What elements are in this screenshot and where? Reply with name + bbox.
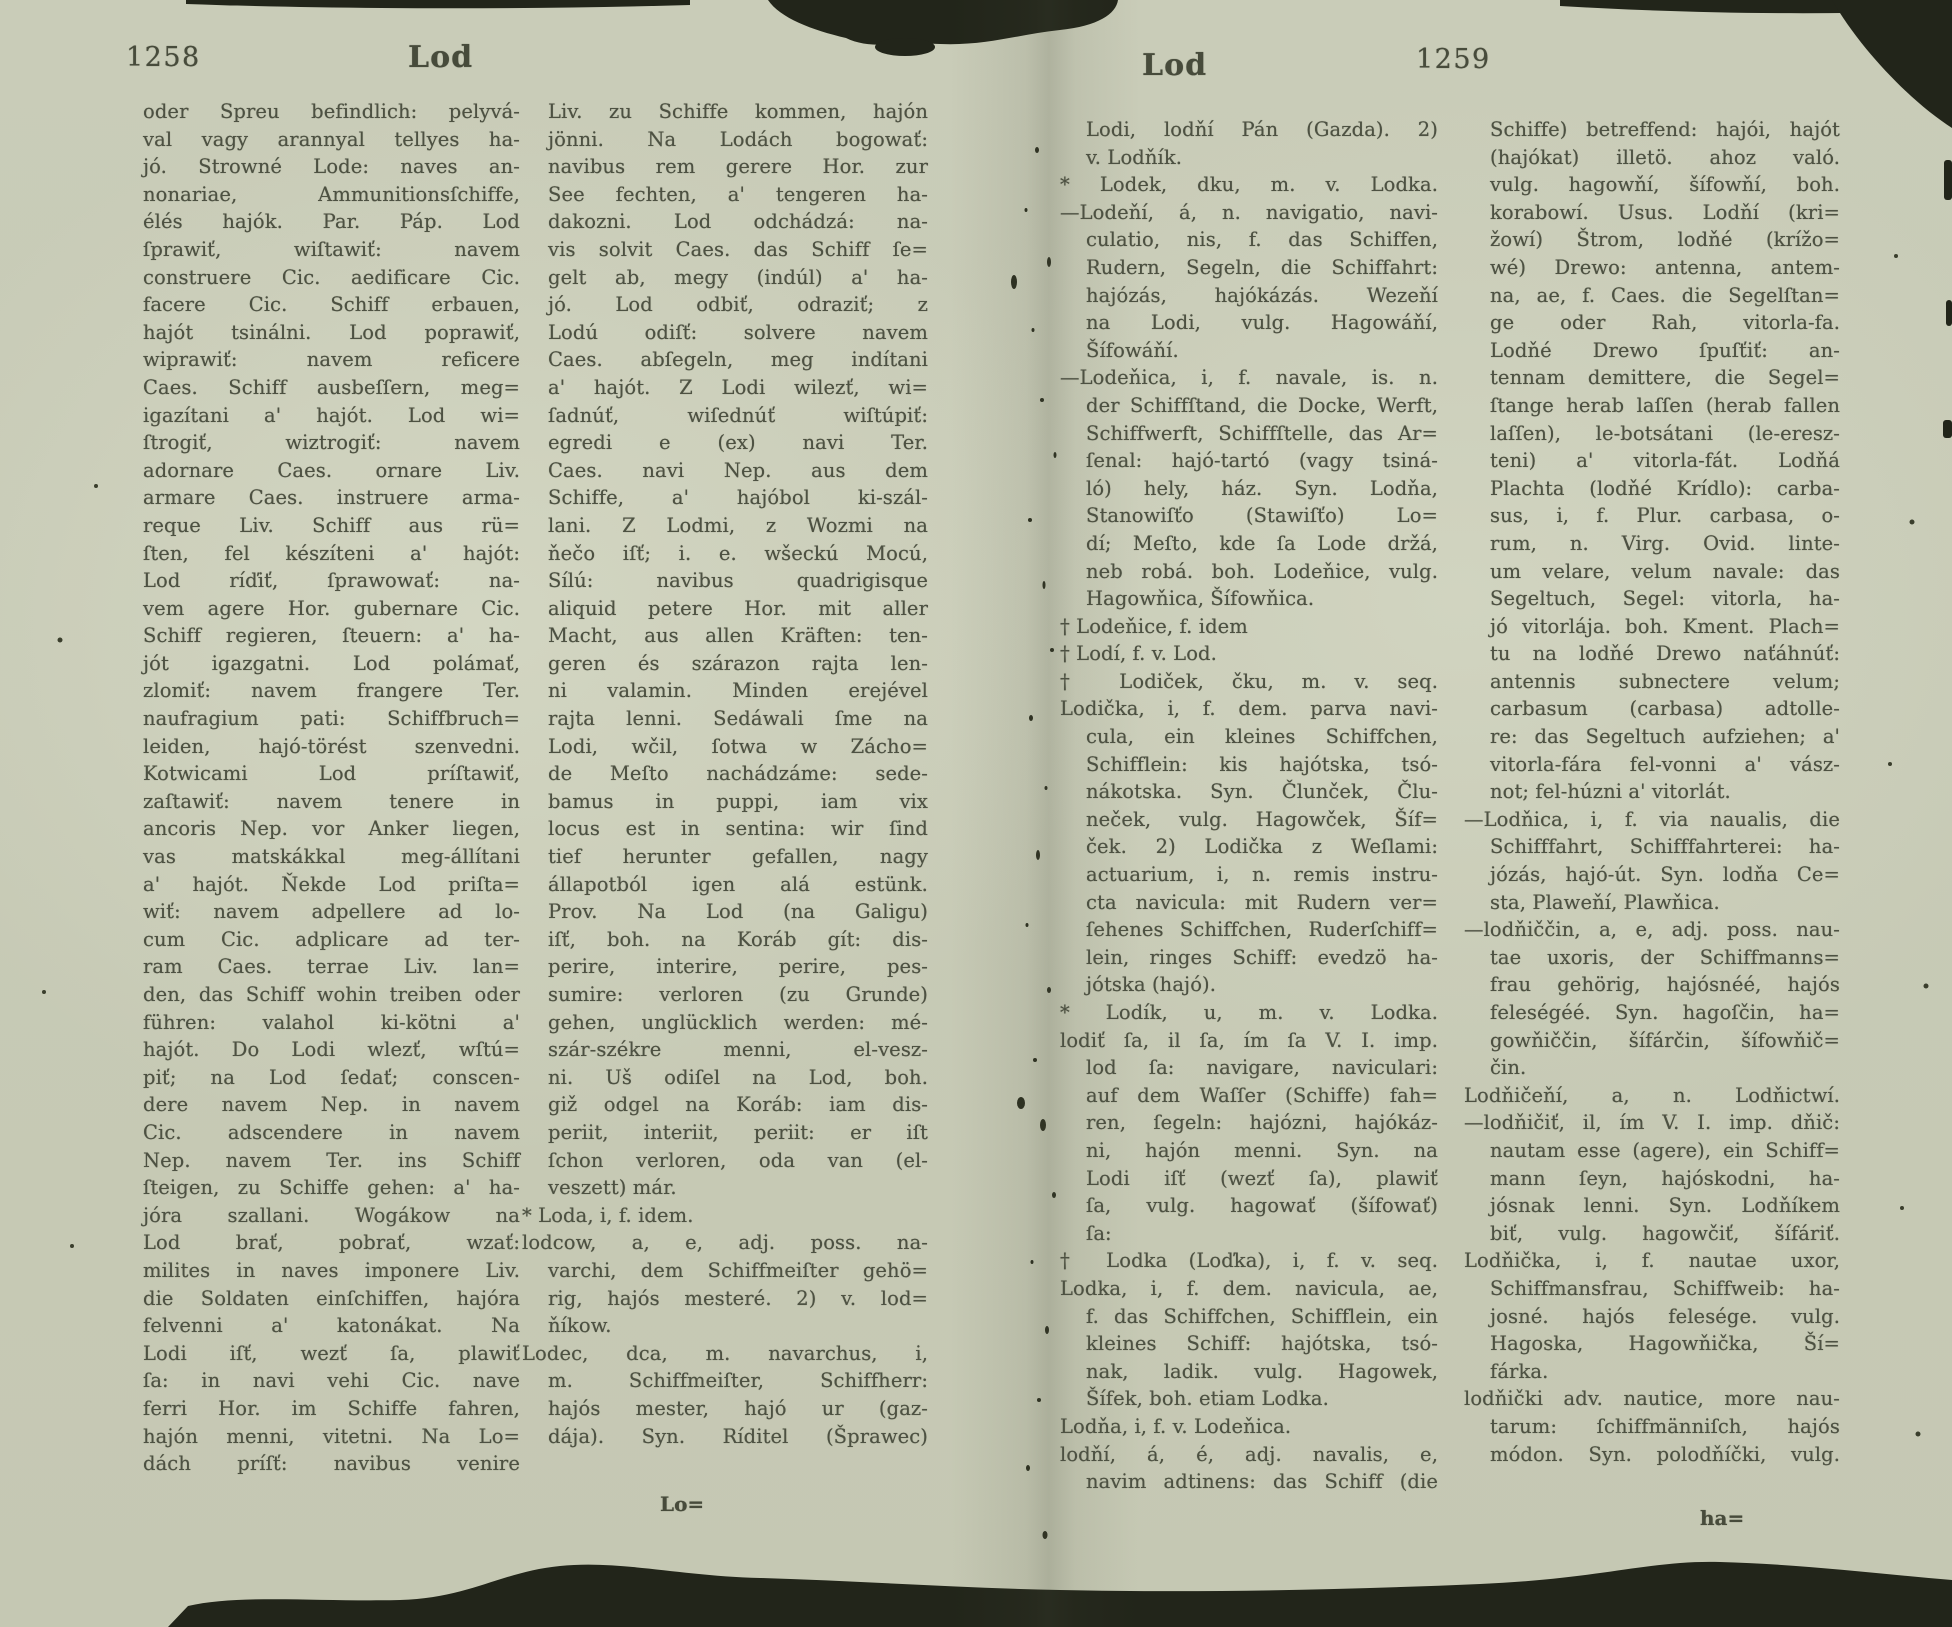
text-line: Lod ríďiť, ſprawowať: na- xyxy=(143,567,520,595)
text-line: tief herunter gefallen, nagy xyxy=(548,843,928,871)
text-line: Lodňa, i, f. v. Lodeňica. xyxy=(1060,1413,1438,1441)
text-line: de Meſto nachádzáme: sede- xyxy=(548,760,928,788)
text-line: † Lodeňice, f. idem xyxy=(1060,613,1438,641)
top-center-blob-tail xyxy=(875,38,935,56)
text-line: Hagoska, Hagowňička, Ší= xyxy=(1490,1330,1840,1358)
text-line: führen: valahol ki-kötni a' xyxy=(143,1009,520,1037)
text-line: fárka. xyxy=(1490,1358,1840,1386)
text-line: Schiffwerft, Schiffſtelle, das Ar= xyxy=(1086,420,1438,448)
text-line: hajót tsinálni. Lod poprawiť, xyxy=(143,319,520,347)
text-line: lodňí, á, é, adj. navalis, e, xyxy=(1060,1441,1438,1469)
text-line: facere Cic. Schiff erbauen, xyxy=(143,291,520,319)
text-line: See fechten, a' tengeren ha- xyxy=(548,181,928,209)
text-line: ferri Hor. im Schiffe fahren, xyxy=(143,1395,520,1423)
text-line: Liv. zu Schiffe kommen, hajón xyxy=(548,98,928,126)
text-line: wiprawiť: navem reficere xyxy=(143,346,520,374)
text-line: * Loda, i, f. idem. xyxy=(522,1202,928,1230)
text-line: —Lodňica, i, f. via naualis, die xyxy=(1464,806,1840,834)
text-line: hajós mester, hajó ur (gaz- xyxy=(548,1395,928,1423)
text-line: Lodňičeňí, a, n. Lodňictwí. xyxy=(1464,1082,1840,1110)
book-scan: { "colors": { "paper": "#cdd0bc", "ink":… xyxy=(0,0,1952,1627)
text-line: biť, vulg. hagowčiť, šífáriť. xyxy=(1490,1220,1840,1248)
text-line: gelt ab, megy (indúl) a' ha- xyxy=(548,264,928,292)
text-line: nákotska. Syn. Člunček, Člu- xyxy=(1086,778,1438,806)
text-line: Lodička, i, f. dem. parva navi- xyxy=(1060,695,1438,723)
text-line: bamus in puppi, iam vix xyxy=(548,788,928,816)
text-line: Lodňička, i, f. nautae uxor, xyxy=(1464,1247,1840,1275)
text-line: ſtange herab laſſen (herab fallen xyxy=(1490,392,1840,420)
text-line: ge oder Rah, vitorla-fa. xyxy=(1490,309,1840,337)
text-line: antennis subnectere velum; xyxy=(1490,668,1840,696)
text-line: kleines Schiff: hajótska, tsó- xyxy=(1086,1330,1438,1358)
text-line: Rudern, Segeln, die Schiffahrt: xyxy=(1086,254,1438,282)
text-line: f. das Schiffchen, Schifflein, ein xyxy=(1086,1303,1438,1331)
text-line: jósnak lenni. Syn. Lodňíkem xyxy=(1490,1192,1840,1220)
text-line: ren, ſegeln: hajózni, hajókáz- xyxy=(1086,1109,1438,1137)
text-line: ſadnúť, wiſednúť wiſtúpiť: xyxy=(548,402,928,430)
text-line: hajózás, hajókázás. Wezeňí xyxy=(1086,282,1438,310)
text-line: žowí) Štrom, lodňé (krížo= xyxy=(1490,226,1840,254)
text-line: navibus rem gerere Hor. zur xyxy=(548,153,928,181)
text-line: lod ſa: navigare, naviculari: xyxy=(1086,1054,1438,1082)
text-line: cta navicula: mit Rudern ver= xyxy=(1086,889,1438,917)
text-line: piť; na Lod ſedať; conscen- xyxy=(143,1064,520,1092)
text-line: lodcow, a, e, adj. poss. na- xyxy=(522,1229,928,1257)
text-line: * Lodek, dku, m. v. Lodka. xyxy=(1060,171,1438,199)
text-line: —Lodeňica, i, f. navale, is. n. xyxy=(1060,364,1438,392)
text-line: adornare Caes. ornare Liv. xyxy=(143,457,520,485)
text-line: Plachta (lodňé Krídlo): carba- xyxy=(1490,475,1840,503)
text-line: állapotból igen alá estünk. xyxy=(548,871,928,899)
text-line: Lodú odiſť: solvere navem xyxy=(548,319,928,347)
text-line: † Lodiček, čku, m. v. seq. xyxy=(1060,668,1438,696)
text-line: construere Cic. aedificare Cic. xyxy=(143,264,520,292)
text-line: feleségéé. Syn. hagoſčin, ha= xyxy=(1490,999,1840,1027)
text-line: Schifffahrt, Schifffahrterei: ha- xyxy=(1490,833,1840,861)
text-line: Šífowáňí. xyxy=(1086,337,1438,365)
text-line: lodňički adv. nautice, more nau- xyxy=(1464,1385,1840,1413)
text-line: ſa, vulg. hagowať (šífowať) xyxy=(1086,1192,1438,1220)
text-line: josné. hajós felesége. vulg. xyxy=(1490,1303,1840,1331)
text-line: igazítani a' hajót. Lod wi= xyxy=(143,402,520,430)
right-edge-tick xyxy=(1943,420,1952,438)
text-line: die Soldaten einſchiffen, hajóra xyxy=(143,1285,520,1313)
text-line: ni. Uš odiſel na Lod, boh. xyxy=(548,1064,928,1092)
text-line: nak, ladik. vulg. Hagowek, xyxy=(1086,1358,1438,1386)
text-line: re: das Segeltuch aufziehen; a' xyxy=(1490,723,1840,751)
text-line: actuarium, i, n. remis instru- xyxy=(1086,861,1438,889)
text-line: carbasum (carbasa) adtolle- xyxy=(1490,695,1840,723)
text-line: teni) a' vitorla-fát. Lodňá xyxy=(1490,447,1840,475)
text-line: sus, i, f. Plur. carbasa, o- xyxy=(1490,502,1840,530)
text-line: ram Caes. terrae Liv. lan= xyxy=(143,953,520,981)
text-line: varchi, dem Schiffmeiſter gehö= xyxy=(548,1257,928,1285)
catchword-right: ha= xyxy=(1700,1506,1744,1530)
page-number-right: 1259 xyxy=(1416,44,1491,75)
text-line: Hagowňica, Šífowňica. xyxy=(1086,585,1438,613)
text-line: lodiť ſa, il ſa, ím ſa V. I. imp. xyxy=(1060,1027,1438,1055)
text-line: ſehenes Schiffchen, Ruderſchiff= xyxy=(1086,916,1438,944)
text-line: Nep. navem Ter. ins Schiff xyxy=(143,1147,520,1175)
text-line: ſprawiť, wiſtawiť: navem xyxy=(143,236,520,264)
text-line: not; fel-húzni a' vitorlát. xyxy=(1490,778,1840,806)
text-column-4: Schiffe) betreffend: hajói, hajót(hajóka… xyxy=(1490,116,1840,1468)
text-line: Stanowiſťo (Stawiſťo) Lo= xyxy=(1086,502,1438,530)
text-line: dakozni. Lod odchádzá: na- xyxy=(548,208,928,236)
text-column-1: oder Spreu befindlich: pelyvá-val vagy a… xyxy=(143,98,520,1478)
text-line: (hajókat) illetö. ahoz való. xyxy=(1490,144,1840,172)
text-line: Lod brať, pobrať, wzať: xyxy=(143,1229,520,1257)
text-line: na, ae, f. Caes. die Segelſtan= xyxy=(1490,282,1840,310)
text-line: sta, Plaweňí, Plawňica. xyxy=(1490,889,1840,917)
text-line: vem agere Hor. gubernare Cic. xyxy=(143,595,520,623)
text-line: Schiffe) betreffend: hajói, hajót xyxy=(1490,116,1840,144)
text-line: jó. Strowné Lode: naves an- xyxy=(143,153,520,181)
text-line: laſſen), le-botsátani (le-eresz- xyxy=(1490,420,1840,448)
text-line: élés hajók. Par. Páp. Lod xyxy=(143,208,520,236)
text-line: korabowí. Usus. Lodňí (kri= xyxy=(1490,199,1840,227)
top-edge-stripe-left xyxy=(186,0,690,8)
running-head-right: Lod xyxy=(1142,48,1207,83)
text-line: hajót. Do Lodi wlezť, wſtú= xyxy=(143,1036,520,1064)
text-line: v. Lodňík. xyxy=(1086,144,1438,172)
text-line: vulg. hagowňí, šífowňí, boh. xyxy=(1490,171,1840,199)
text-line: zaſtawiť: navem tenere in xyxy=(143,788,520,816)
text-line: neb robá. boh. Lodeňice, vulg. xyxy=(1086,558,1438,586)
text-line: zlomiť: navem frangere Ter. xyxy=(143,677,520,705)
text-line: felvenni a' katonákat. Na xyxy=(143,1312,520,1340)
text-line: navim adtinens: das Schiff (die xyxy=(1086,1468,1438,1496)
text-line: lani. Z Lodmi, z Wozmi na xyxy=(548,512,928,540)
right-edge-tick xyxy=(1944,160,1952,200)
text-line: Schiff regieren, ſteuern: a' ha- xyxy=(143,622,520,650)
text-line: cum Cic. adplicare ad ter- xyxy=(143,926,520,954)
text-line: armare Caes. instruere arma- xyxy=(143,484,520,512)
text-line: Caes. abſegeln, meg indítani xyxy=(548,346,928,374)
text-line: iſť, boh. na Koráb gít: dis- xyxy=(548,926,928,954)
text-line: hajón menni, vitetni. Na Lo= xyxy=(143,1423,520,1451)
text-line: —lodňičiť, il, ím V. I. imp. dňič: xyxy=(1464,1109,1840,1137)
text-line: Prov. Na Lod (na Galigu) xyxy=(548,898,928,926)
catchword-left: Lo= xyxy=(660,1492,704,1516)
text-line: den, das Schiff wohin treiben oder xyxy=(143,981,520,1009)
text-line: val vagy arannyal tellyes ha- xyxy=(143,126,520,154)
text-line: dí; Meſto, kde ſa Lode držá, xyxy=(1086,530,1438,558)
running-head-left: Lod xyxy=(408,40,473,75)
right-edge-tick xyxy=(1946,300,1952,326)
text-line: Lodka, i, f. dem. navicula, ae, xyxy=(1060,1275,1438,1303)
text-line: dája). Syn. Ríditel (Šprawec) xyxy=(548,1423,928,1451)
text-line: † Lodí, f. v. Lod. xyxy=(1060,640,1438,668)
text-line: gowňiččin, šífárčin, šífowňič= xyxy=(1490,1027,1840,1055)
text-line: —Lodeňí, á, n. navigatio, navi- xyxy=(1060,199,1438,227)
text-line: Lodi iſť (wezť ſa), plawiť xyxy=(1086,1165,1438,1193)
text-line: vis solvit Caes. das Schiff ſe= xyxy=(548,236,928,264)
text-line: jó vitorlája. boh. Kment. Plach= xyxy=(1490,613,1840,641)
text-line: Lodec, dca, m. navarchus, i, xyxy=(522,1340,928,1368)
top-right-corner-blob xyxy=(1832,0,1952,128)
text-line: szár-székre menni, el-vesz- xyxy=(548,1036,928,1064)
text-line: józás, hajó-út. Syn. lodňa Ce= xyxy=(1490,861,1840,889)
text-line: geren és szárazon rajta len- xyxy=(548,650,928,678)
text-line: giž odgel na Koráb: iam dis- xyxy=(548,1091,928,1119)
text-line: locus est in sentina: wir ſind xyxy=(548,815,928,843)
text-line: ňíkow. xyxy=(548,1312,928,1340)
text-line: naufragium pati: Schiffbruch= xyxy=(143,705,520,733)
text-line: * Lodík, u, m. v. Lodka. xyxy=(1060,999,1438,1027)
text-column-3: Lodi, lodňí Pán (Gazda). 2)v. Lodňík.* L… xyxy=(1086,116,1438,1496)
text-line: der Schiffſtand, die Docke, Werft, xyxy=(1086,392,1438,420)
text-line: culatio, nis, f. das Schiffen, xyxy=(1086,226,1438,254)
text-line: gehen, unglücklich werden: mé- xyxy=(548,1009,928,1037)
text-line: tae uxoris, der Schiffmanns= xyxy=(1490,944,1840,972)
text-line: Caes. Schiff ausbeſſern, meg= xyxy=(143,374,520,402)
text-column-2: Liv. zu Schiffe kommen, hajónjönni. Na L… xyxy=(548,98,928,1450)
text-line: aliquid petere Hor. mit aller xyxy=(548,595,928,623)
text-line: auf dem Waſſer (Schiffe) fah= xyxy=(1086,1082,1438,1110)
text-line: a' hajót. Ňekde Lod priſta= xyxy=(143,871,520,899)
text-line: ni valamin. Minden erejével xyxy=(548,677,928,705)
text-line: ſtrogiť, wiztrogiť: navem xyxy=(143,429,520,457)
text-line: ſa: xyxy=(1086,1220,1438,1248)
text-line: lein, ringes Schiff: evedzö ha- xyxy=(1086,944,1438,972)
text-line: veszett) már. xyxy=(548,1174,928,1202)
text-line: jót igazgatni. Lod polámať, xyxy=(143,650,520,678)
text-line: ňečo iſť; i. e. wšeckú Mocú, xyxy=(548,540,928,568)
text-line: mann ſeyn, hajóskodni, ha- xyxy=(1490,1165,1840,1193)
text-line: ló) hely, ház. Syn. Lodňa, xyxy=(1086,475,1438,503)
text-line: neček, vulg. Hagowček, Šíf= xyxy=(1086,806,1438,834)
text-line: vitorla-fára fel-vonni a' vász- xyxy=(1490,751,1840,779)
text-line: jönni. Na Lodách bogowať: xyxy=(548,126,928,154)
text-line: tarum: ſchiffmänniſch, hajós xyxy=(1490,1413,1840,1441)
text-line: ſa: in navi vehi Cic. nave xyxy=(143,1367,520,1395)
text-line: dere navem Nep. in navem xyxy=(143,1091,520,1119)
text-line: tu na lodňé Drewo naťáhnúť: xyxy=(1490,640,1840,668)
text-line: na Lodi, vulg. Hagowáňí, xyxy=(1086,309,1438,337)
text-line: periit, interiit, periit: er iſt xyxy=(548,1119,928,1147)
text-line: Schiffmansfrau, Schiffweib: ha- xyxy=(1490,1275,1840,1303)
text-line: dách príſť: navibus venire xyxy=(143,1450,520,1478)
text-line: čin. xyxy=(1490,1054,1840,1082)
text-line: um velare, velum navale: das xyxy=(1490,558,1840,586)
text-line: Lodi, wčil, ſotwa w Zácho= xyxy=(548,733,928,761)
text-line: ſteigen, zu Schiffe gehen: a' ha- xyxy=(143,1174,520,1202)
text-line: vas matskákkal meg-állítani xyxy=(143,843,520,871)
text-line: rig, hajós mesteré. 2) v. lod= xyxy=(548,1285,928,1313)
text-line: nonariae, Ammunitionsſchiffe, xyxy=(143,181,520,209)
page-number-left: 1258 xyxy=(126,42,201,73)
text-line: Šífek, boh. etiam Lodka. xyxy=(1086,1385,1438,1413)
text-line: Caes. navi Nep. aus dem xyxy=(548,457,928,485)
text-line: perire, interire, perire, pes- xyxy=(548,953,928,981)
text-line: cula, ein kleines Schiffchen, xyxy=(1086,723,1438,751)
text-line: rajta lenni. Sedáwali ſme na xyxy=(548,705,928,733)
text-line: Lodňé Drewo ſpuſťiť: an- xyxy=(1490,337,1840,365)
text-line: módon. Syn. polodňíčki, vulg. xyxy=(1490,1441,1840,1469)
text-line: ſten, fel készíteni a' hajót: xyxy=(143,540,520,568)
text-line: wiť: navem adpellere ad lo- xyxy=(143,898,520,926)
text-line: ſenal: hajó-tartó (vagy tsiná- xyxy=(1086,447,1438,475)
text-line: ni, hajón menni. Syn. na xyxy=(1086,1137,1438,1165)
text-line: frau gehörig, hajósnéé, hajós xyxy=(1490,971,1840,999)
text-line: leiden, hajó-törést szenvedni. xyxy=(143,733,520,761)
text-line: nautam esse (agere), ein Schiff= xyxy=(1490,1137,1840,1165)
text-line: jóra szallani. Wogákow na xyxy=(143,1202,520,1230)
text-line: Cic. adscendere in navem xyxy=(143,1119,520,1147)
text-line: Lodi iſť, wezť ſa, plawiť xyxy=(143,1340,520,1368)
text-line: ſchon verloren, oda van (el- xyxy=(548,1147,928,1175)
text-line: Macht, aus allen Kräften: ten- xyxy=(548,622,928,650)
text-line: —lodňiččin, a, e, adj. poss. nau- xyxy=(1464,916,1840,944)
text-line: Segeltuch, Segel: vitorla, ha- xyxy=(1490,585,1840,613)
text-line: wé) Drewo: antenna, antem- xyxy=(1490,254,1840,282)
text-line: Schifflein: kis hajótska, tsó- xyxy=(1086,751,1438,779)
text-line: egredi e (ex) navi Ter. xyxy=(548,429,928,457)
text-line: Kotwicami Lod príſtawiť, xyxy=(143,760,520,788)
text-line: ček. 2) Lodička z Weſlami: xyxy=(1086,833,1438,861)
text-line: Sílú: navibus quadrigisque xyxy=(548,567,928,595)
text-line: † Lodka (Loďka), i, f. v. seq. xyxy=(1060,1247,1438,1275)
text-line: m. Schiffmeiſter, Schiffherr: xyxy=(548,1367,928,1395)
text-line: ancoris Nep. vor Anker liegen, xyxy=(143,815,520,843)
text-line: reque Liv. Schiff aus rü= xyxy=(143,512,520,540)
text-line: milites in naves imponere Liv. xyxy=(143,1257,520,1285)
text-line: a' hajót. Z Lodi wilezť, wi= xyxy=(548,374,928,402)
text-line: tennam demittere, die Segel= xyxy=(1490,364,1840,392)
text-line: rum, n. Virg. Ovid. linte- xyxy=(1490,530,1840,558)
text-line: oder Spreu befindlich: pelyvá- xyxy=(143,98,520,126)
text-line: Schiffe, a' hajóbol ki-szál- xyxy=(548,484,928,512)
text-line: Lodi, lodňí Pán (Gazda). 2) xyxy=(1086,116,1438,144)
text-line: jó. Lod odbiť, odraziť; z xyxy=(548,291,928,319)
text-line: sumire: verloren (zu Grunde) xyxy=(548,981,928,1009)
text-line: jótska (hajó). xyxy=(1086,971,1438,999)
